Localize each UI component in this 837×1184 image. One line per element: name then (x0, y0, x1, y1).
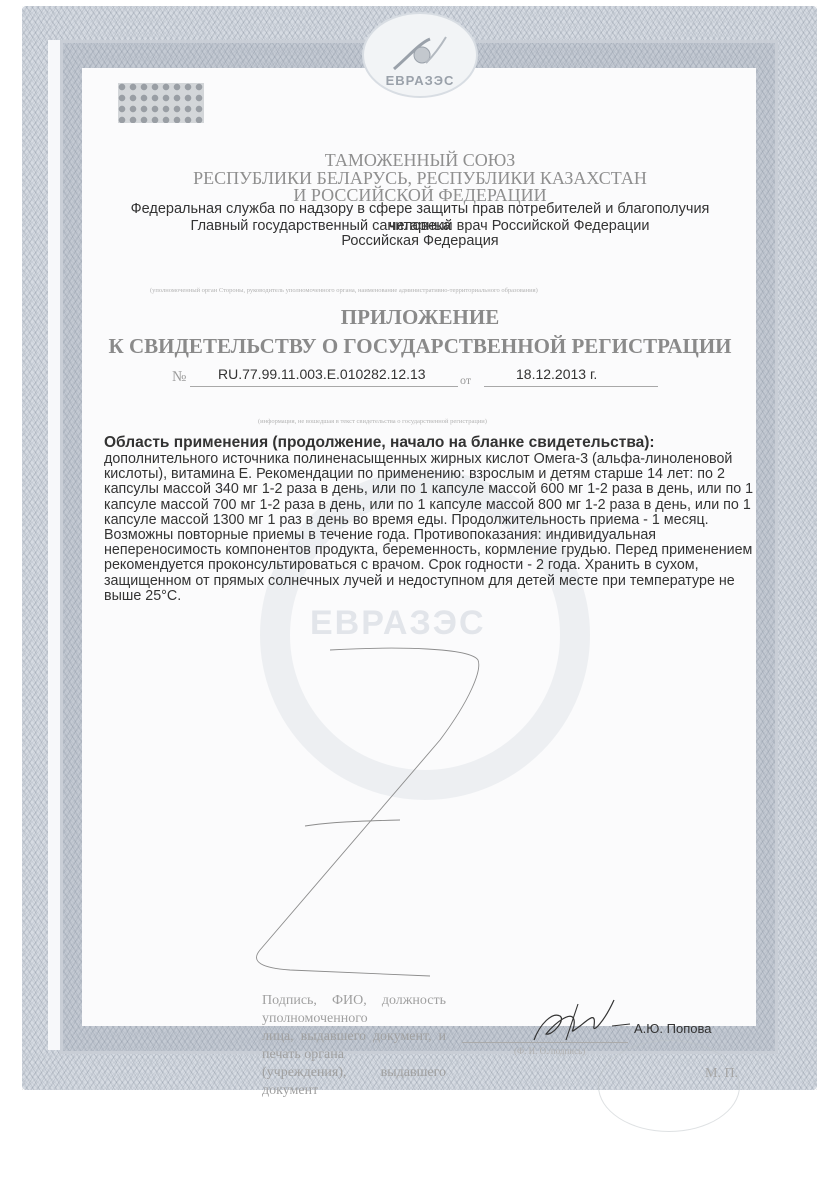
scope-line: рекомендуется проконсультироваться с вра… (104, 558, 734, 573)
registration-date: 18.12.2013 г. (516, 366, 597, 382)
scope-line: выше 25°С. (104, 589, 734, 604)
signature-caption-line: (учреждения), выдавшего документ (262, 1064, 446, 1100)
document-content: ТАМОЖЕННЫЙ СОЮЗ РЕСПУБЛИКИ БЕЛАРУСЬ, РЕС… (0, 0, 837, 1184)
signature-caption-line: Подпись, ФИО, должность уполномоченного (262, 992, 446, 1028)
registration-number: RU.77.99.11.003.E.010282.12.13 (218, 366, 426, 382)
authority-hint: (уполномоченный орган Стороны, руководит… (150, 287, 538, 294)
signature-underline (462, 1042, 628, 1043)
document-title: ПРИЛОЖЕНИЕ (90, 305, 750, 330)
registration-hint: (информация, не вошедшая в текст свидете… (258, 418, 487, 425)
scope-line: Возможны повторные приемы в течение года… (104, 528, 734, 543)
scope-line: капсуле массой 700 мг 1-2 раза в день, и… (104, 498, 734, 513)
scope-line: защищенном от прямых солнечных лучей и н… (104, 574, 734, 589)
scope-line: дополнительного источника полиненасыщенн… (104, 452, 734, 467)
scope-line: непереносимость компонентов продукта, бе… (104, 543, 734, 558)
scope-text: дополнительного источника полиненасыщенн… (104, 452, 734, 604)
signature-line-hint: (Ф. И. О./подпись) (514, 1046, 585, 1056)
union-title-line-1: ТАМОЖЕННЫЙ СОЮЗ (120, 152, 720, 169)
number-label: № (172, 369, 186, 386)
document-subtitle: К СВИДЕТЕЛЬСТВУ О ГОСУДАРСТВЕННОЙ РЕГИСТ… (90, 334, 750, 359)
scope-line: капсулы массой 340 мг 1-2 раза в день, и… (104, 482, 734, 497)
scope-heading: Область применения (продолжение, начало … (104, 434, 655, 452)
signer-name: А.Ю. Попова (634, 1021, 711, 1036)
date-label: от (460, 373, 471, 388)
stamp-place-label: М. П. (705, 1066, 738, 1082)
scope-line: капсуле массой 1300 мг 1 раз в день во в… (104, 513, 734, 528)
signature-caption-line: лица, выдавшего документ, и печать орган… (262, 1028, 446, 1064)
number-underline (190, 386, 458, 387)
scope-line: кислоты), витамина Е. Рекомендации по пр… (104, 467, 734, 482)
signature-caption: Подпись, ФИО, должность уполномоченного … (262, 992, 446, 1100)
authority-line-3: Российская Федерация (100, 233, 740, 250)
date-underline (484, 386, 658, 387)
stamp-impression (598, 1040, 740, 1132)
